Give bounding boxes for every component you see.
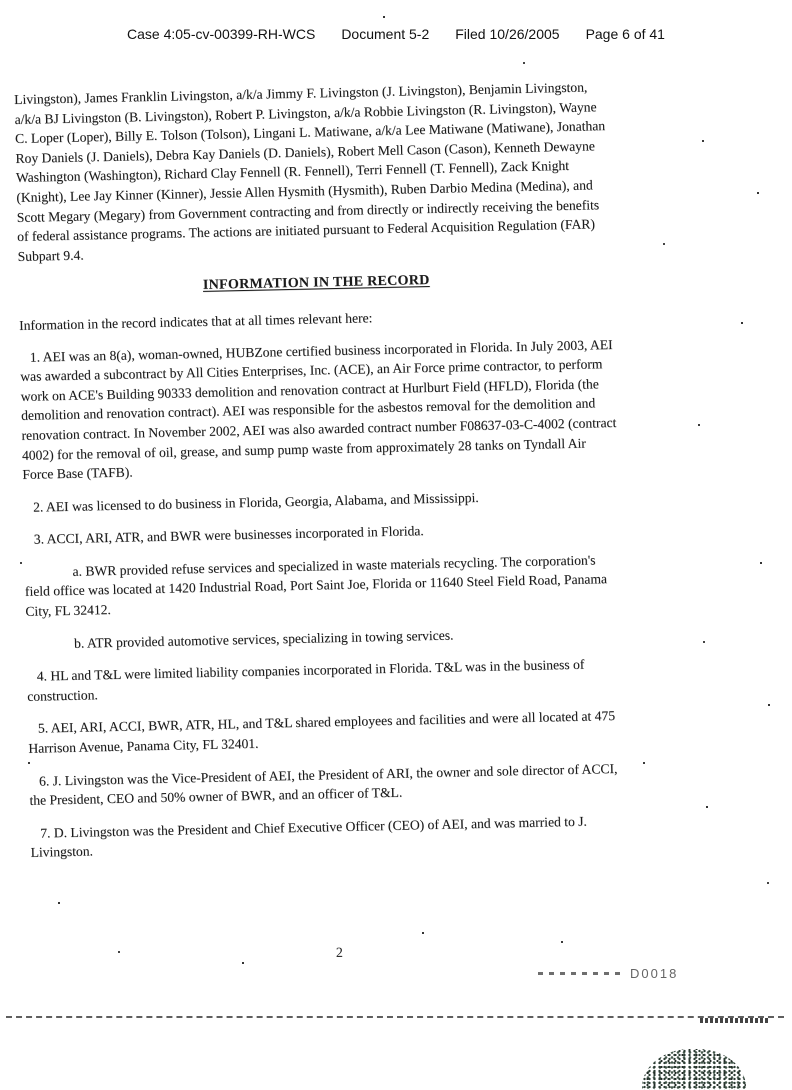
paragraph-3: 3. ACCI, ARI, ATR, and BWR were business… bbox=[24, 517, 620, 550]
case-number: Case 4:05-cv-00399-RH-WCS bbox=[127, 26, 315, 42]
section-intro: Information in the record indicates that… bbox=[19, 303, 615, 336]
section-heading: INFORMATION IN THE RECORD bbox=[18, 267, 614, 300]
bates-stamp-text: D0018 bbox=[630, 966, 678, 981]
subparagraph-3a: a. BWR provided refuse services and spec… bbox=[24, 550, 621, 622]
document-page: Case 4:05-cv-00399-RH-WCSDocument 5-2Fil… bbox=[0, 0, 792, 1090]
stamp-dashes bbox=[538, 972, 624, 975]
filed-date: Filed 10/26/2005 bbox=[455, 26, 559, 42]
scan-noise-specks bbox=[0, 0, 2, 2]
separator-dense-marks bbox=[700, 1018, 768, 1023]
scanned-content: Livingston), James Franklin Livingston, … bbox=[14, 77, 627, 876]
ecf-header: Case 4:05-cv-00399-RH-WCSDocument 5-2Fil… bbox=[0, 26, 792, 42]
paragraph-2: 2. AEI was licensed to do business in Fl… bbox=[23, 485, 619, 518]
bates-stamp: D0018 bbox=[538, 966, 708, 981]
scanner-smudge-blob bbox=[642, 1049, 746, 1090]
paragraph-5: 5. AEI, ARI, ACCI, BWR, ATR, HL, and T&L… bbox=[28, 706, 625, 758]
page-indicator: Page 6 of 41 bbox=[586, 26, 665, 42]
section-heading-text: INFORMATION IN THE RECORD bbox=[203, 273, 430, 293]
paragraph-4: 4. HL and T&L were limited liability com… bbox=[27, 654, 624, 706]
paragraph-7: 7. D. Livingston was the President and C… bbox=[30, 811, 627, 863]
dashed-separator-line bbox=[6, 1016, 784, 1018]
paragraph-1: 1. AEI was an 8(a), woman-owned, HUBZone… bbox=[20, 334, 619, 484]
subparagraph-3b: b. ATR provided automotive services, spe… bbox=[26, 622, 622, 655]
document-number: Document 5-2 bbox=[341, 26, 429, 42]
page-number: 2 bbox=[336, 946, 343, 962]
paragraph-6: 6. J. Livingston was the Vice-President … bbox=[29, 758, 626, 810]
intro-paragraph: Livingston), James Franklin Livingston, … bbox=[14, 77, 614, 266]
